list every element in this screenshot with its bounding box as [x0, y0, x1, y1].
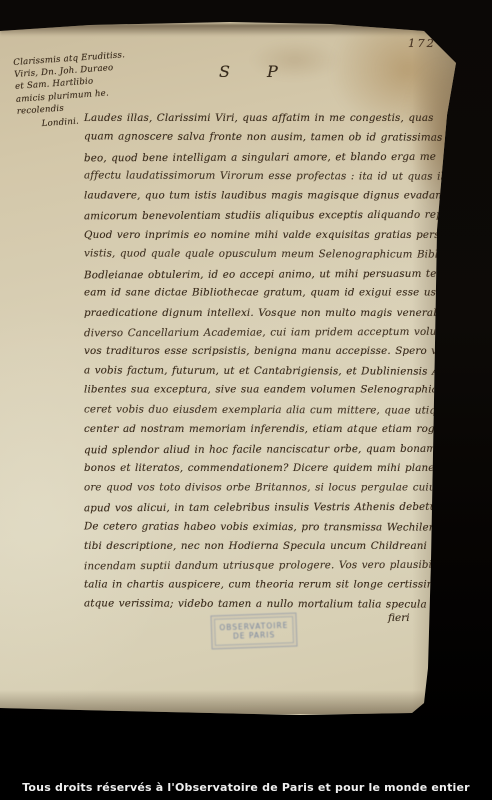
letter-line: ceret vobis duo eiusdem exemplaria alia …	[84, 400, 450, 421]
letter-line: praedicatione dignum intellexi. Vosque n…	[84, 304, 450, 323]
manuscript-page: 172 Clarissmis atq Eruditiss.Viris, Dn. …	[0, 0, 492, 800]
salutation: S P	[219, 62, 294, 81]
letter-line: affectu laudatissimorum Virorum esse pro…	[84, 167, 450, 188]
letter-line: ore quod vos toto divisos orbe Britannos…	[84, 478, 450, 497]
letter-line: vistis, quod quale quale opusculum meum …	[84, 245, 450, 266]
page-number: 172	[408, 36, 436, 50]
letter-line: tibi descriptione, nec non Hodierna Spec…	[84, 537, 450, 556]
manuscript-photo: 172 Clarissmis atq Eruditiss.Viris, Dn. …	[0, 0, 492, 800]
letter-line: center ad nostram memoriam inferendis, e…	[84, 420, 450, 439]
letter-line: De cetero gratias habeo vobis eximias, p…	[84, 517, 450, 538]
letter-line: quid splendor aliud in hoc facile nancis…	[84, 439, 450, 460]
letter-line: vos tradituros esse scripsistis, benigna…	[84, 342, 450, 361]
letter-line: beo, quod bene intelligam a singulari am…	[84, 148, 450, 169]
letter-line: amicorum benevolentiam studiis aliquibus…	[84, 206, 450, 227]
address-note-lines: Clarissmis atq Eruditiss.Viris, Dn. Joh.…	[13, 47, 157, 118]
copyright-caption: Tous droits réservés à l'Observatoire de…	[0, 781, 492, 794]
letter-line: Quod vero inprimis eo nomine mihi valde …	[84, 226, 450, 245]
letter-line: Bodleianae obtulerim, id eo accepi animo…	[84, 264, 450, 285]
letter-line: libentes sua exceptura, sive sua eandem …	[84, 381, 450, 400]
letter-line: laudavere, quo tum istis laudibus magis …	[84, 186, 450, 205]
paper-bottom-shadow	[0, 690, 440, 714]
letter-body: Laudes illas, Clarissimi Viri, quas affa…	[84, 109, 450, 615]
letter-line: eam id sane dictae Bibliothecae gratum, …	[84, 284, 450, 303]
letter-line: diverso Cancellarium Academiae, cui iam …	[84, 323, 450, 344]
letter-line: incendam suptii dandum utriusque prologe…	[84, 556, 450, 577]
letter-line: quam agnoscere salva fronte non ausim, t…	[84, 128, 450, 149]
library-stamp: OBSERVATOIRE DE PARIS	[210, 613, 297, 650]
letter-line: a vobis factum, futurum, ut et Cantabrig…	[84, 361, 450, 382]
catchword: fieri	[388, 612, 410, 624]
letter-line: apud vos alicui, in tam celebribus insul…	[84, 498, 450, 519]
letter-line: Laudes illas, Clarissimi Viri, quas affa…	[84, 109, 450, 128]
letter-line: talia in chartis auspicere, cum theoria …	[84, 575, 450, 594]
stamp-text-line2: DE PARIS	[233, 630, 276, 641]
letter-line: bonos et literatos, commendationem? Dice…	[84, 459, 450, 478]
paper-top-crease	[0, 24, 460, 36]
